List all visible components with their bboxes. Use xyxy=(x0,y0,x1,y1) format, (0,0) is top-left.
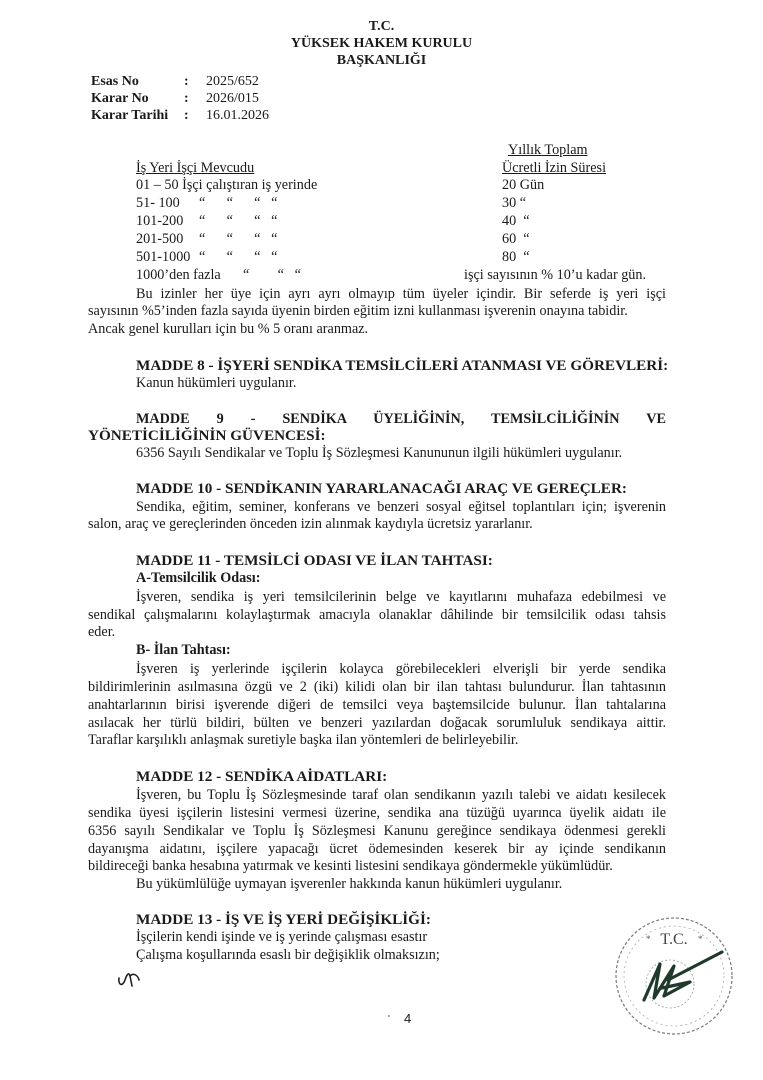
madde12-line6: Bu yükümlülüğe uymayan işverenler hakkın… xyxy=(136,876,562,893)
madde11-a-line2: sendikal çalışmalarını kolaylaştırmak am… xyxy=(88,606,666,624)
madde9-title-line1: MADDE 9 - SENDİKA ÜYELİĞİNİN, TEMSİLCİLİ… xyxy=(136,410,666,428)
table-row-days: işçi sayısının % 10’u kadar gün. xyxy=(464,267,646,284)
svg-text:*: * xyxy=(698,934,703,944)
madde11-b-line3: anahtarlarının birisi işverende diğeri d… xyxy=(88,696,666,714)
table-col1-header: İş Yeri İşçi Mevcudu xyxy=(136,160,254,177)
stamp-text: T.C. xyxy=(660,931,687,948)
madde11-b-line2: bildirimlerinin asılmasına özgü ve 2 (ik… xyxy=(88,678,666,696)
table-row-ditto: “ “ “ “ xyxy=(199,231,277,248)
meta-sep: : xyxy=(184,107,206,124)
table-row-days: 80 “ xyxy=(502,249,530,266)
table-row-days: 60 “ xyxy=(502,231,530,248)
meta-value: 2026/015 xyxy=(206,91,259,106)
madde8-body: Kanun hükümleri uygulanır. xyxy=(136,375,296,392)
madde12-line3: 6356 sayılı Sendikalar ve Toplu İş Sözle… xyxy=(88,822,666,840)
meta-value: 2025/652 xyxy=(206,74,259,89)
table-row-ditto: “ “ “ xyxy=(243,267,301,284)
meta-sep: : xyxy=(184,73,206,90)
meta-label: Karar No xyxy=(91,90,184,107)
madde12-line4: dayanışma aidatını, işçilere yapacağı üc… xyxy=(88,840,666,858)
madde13-line2: Çalışma koşullarında esaslı bir değişikl… xyxy=(136,947,440,964)
table-col2-header-line2: Ücretli İzin Süresi xyxy=(502,160,606,177)
meta-karar-no: Karar No:2026/015 xyxy=(91,90,259,107)
madde10-body-line2: salon, araç ve gereçlerinden önceden izi… xyxy=(88,516,533,533)
document-page: T.C. YÜKSEK HAKEM KURULU BAŞKANLIĞI Esas… xyxy=(0,0,763,1080)
madde12-line2: sendika üyesi işçilerin listesini vermes… xyxy=(88,804,666,822)
madde11-sub-a: A-Temsilcilik Odası: xyxy=(136,570,260,587)
official-stamp-icon: T.C. * * xyxy=(594,908,744,1036)
meta-value: 16.01.2026 xyxy=(206,108,269,123)
para-leave-line2: sayısının %5’inden fazla sayıda üyenin b… xyxy=(88,303,628,320)
meta-label: Karar Tarihi xyxy=(91,107,184,124)
table-row-workers: 101-200 xyxy=(136,213,183,230)
madde13-line1: İşçilerin kendi işinde ve iş yerinde çal… xyxy=(136,929,427,946)
madde11-sub-b: B- İlan Tahtası: xyxy=(136,642,231,659)
madde9-title-line2: YÖNETİCİLİĞİNİN GÜVENCESİ: xyxy=(88,427,326,444)
madde12-line5: bildireceği banka hesabına yatırmak ve k… xyxy=(88,858,613,875)
table-row-ditto: “ “ “ “ xyxy=(199,249,277,266)
table-col2-header-line1: Yıllık Toplam xyxy=(508,142,588,159)
table-row-workers: 51- 100 xyxy=(136,195,180,212)
madde9-body: 6356 Sayılı Sendikalar ve Toplu İş Sözle… xyxy=(136,445,622,462)
page-number: 4 xyxy=(404,1011,411,1026)
header-presidency: BAŞKANLIĞI xyxy=(0,53,763,69)
madde11-a-line1: İşveren, sendika iş yeri temsilcilerinin… xyxy=(136,588,666,606)
table-row-days: 30 “ xyxy=(502,195,526,212)
madde12-line1: İşveren, bu Toplu İş Sözleşmesinde taraf… xyxy=(136,786,666,804)
table-row-workers: 01 – 50 İşçi çalıştıran iş yerinde xyxy=(136,177,317,194)
madde10-title: MADDE 10 - SENDİKANIN YARARLANACAĞI ARAÇ… xyxy=(136,480,627,497)
table-row-ditto: “ “ “ “ xyxy=(199,213,277,230)
madde13-title: MADDE 13 - İŞ VE İŞ YERİ DEĞİŞİKLİĞİ: xyxy=(136,911,431,928)
table-row-days: 20 Gün xyxy=(502,177,544,194)
para-leave-line3: Ancak genel kurulları için bu % 5 oranı … xyxy=(88,321,368,338)
header-tc: T.C. xyxy=(0,19,763,35)
meta-label: Esas No xyxy=(91,73,184,90)
table-row-ditto: “ “ “ “ xyxy=(199,195,277,212)
header-institution: YÜKSEK HAKEM KURULU xyxy=(0,36,763,52)
madde12-title: MADDE 12 - SENDİKA AİDATLARI: xyxy=(136,768,387,785)
madde11-b-line5: Taraflar karşılıklı anlaşmak suretiyle b… xyxy=(88,732,518,749)
page-dot xyxy=(388,1015,390,1017)
table-row-days: 40 “ xyxy=(502,213,530,230)
table-row-workers: 501-1000 xyxy=(136,249,190,266)
madde10-body-line1: Sendika, eğitim, seminer, konferans ve b… xyxy=(136,498,666,516)
madde11-b-line4: asılacak her türlü bildiri, bülten ve be… xyxy=(88,714,666,732)
madde11-a-line3: eder. xyxy=(88,624,115,641)
svg-text:*: * xyxy=(646,934,651,944)
table-row-workers: 1000’den fazla xyxy=(136,267,221,284)
meta-esas-no: Esas No:2025/652 xyxy=(91,73,259,90)
meta-karar-tarihi: Karar Tarihi:16.01.2026 xyxy=(91,107,269,124)
madde11-b-line1: İşveren iş yerlerinde işçilerin kolayca … xyxy=(136,660,666,678)
handwritten-initial-icon xyxy=(116,968,142,990)
meta-sep: : xyxy=(184,90,206,107)
madde11-title: MADDE 11 - TEMSİLCİ ODASI VE İLAN TAHTAS… xyxy=(136,552,493,569)
para-leave-line1: Bu izinler her üye için ayrı ayrı olmayı… xyxy=(136,285,666,303)
madde8-title: MADDE 8 - İŞYERİ SENDİKA TEMSİLCİLERİ AT… xyxy=(136,357,668,374)
table-row-workers: 201-500 xyxy=(136,231,183,248)
